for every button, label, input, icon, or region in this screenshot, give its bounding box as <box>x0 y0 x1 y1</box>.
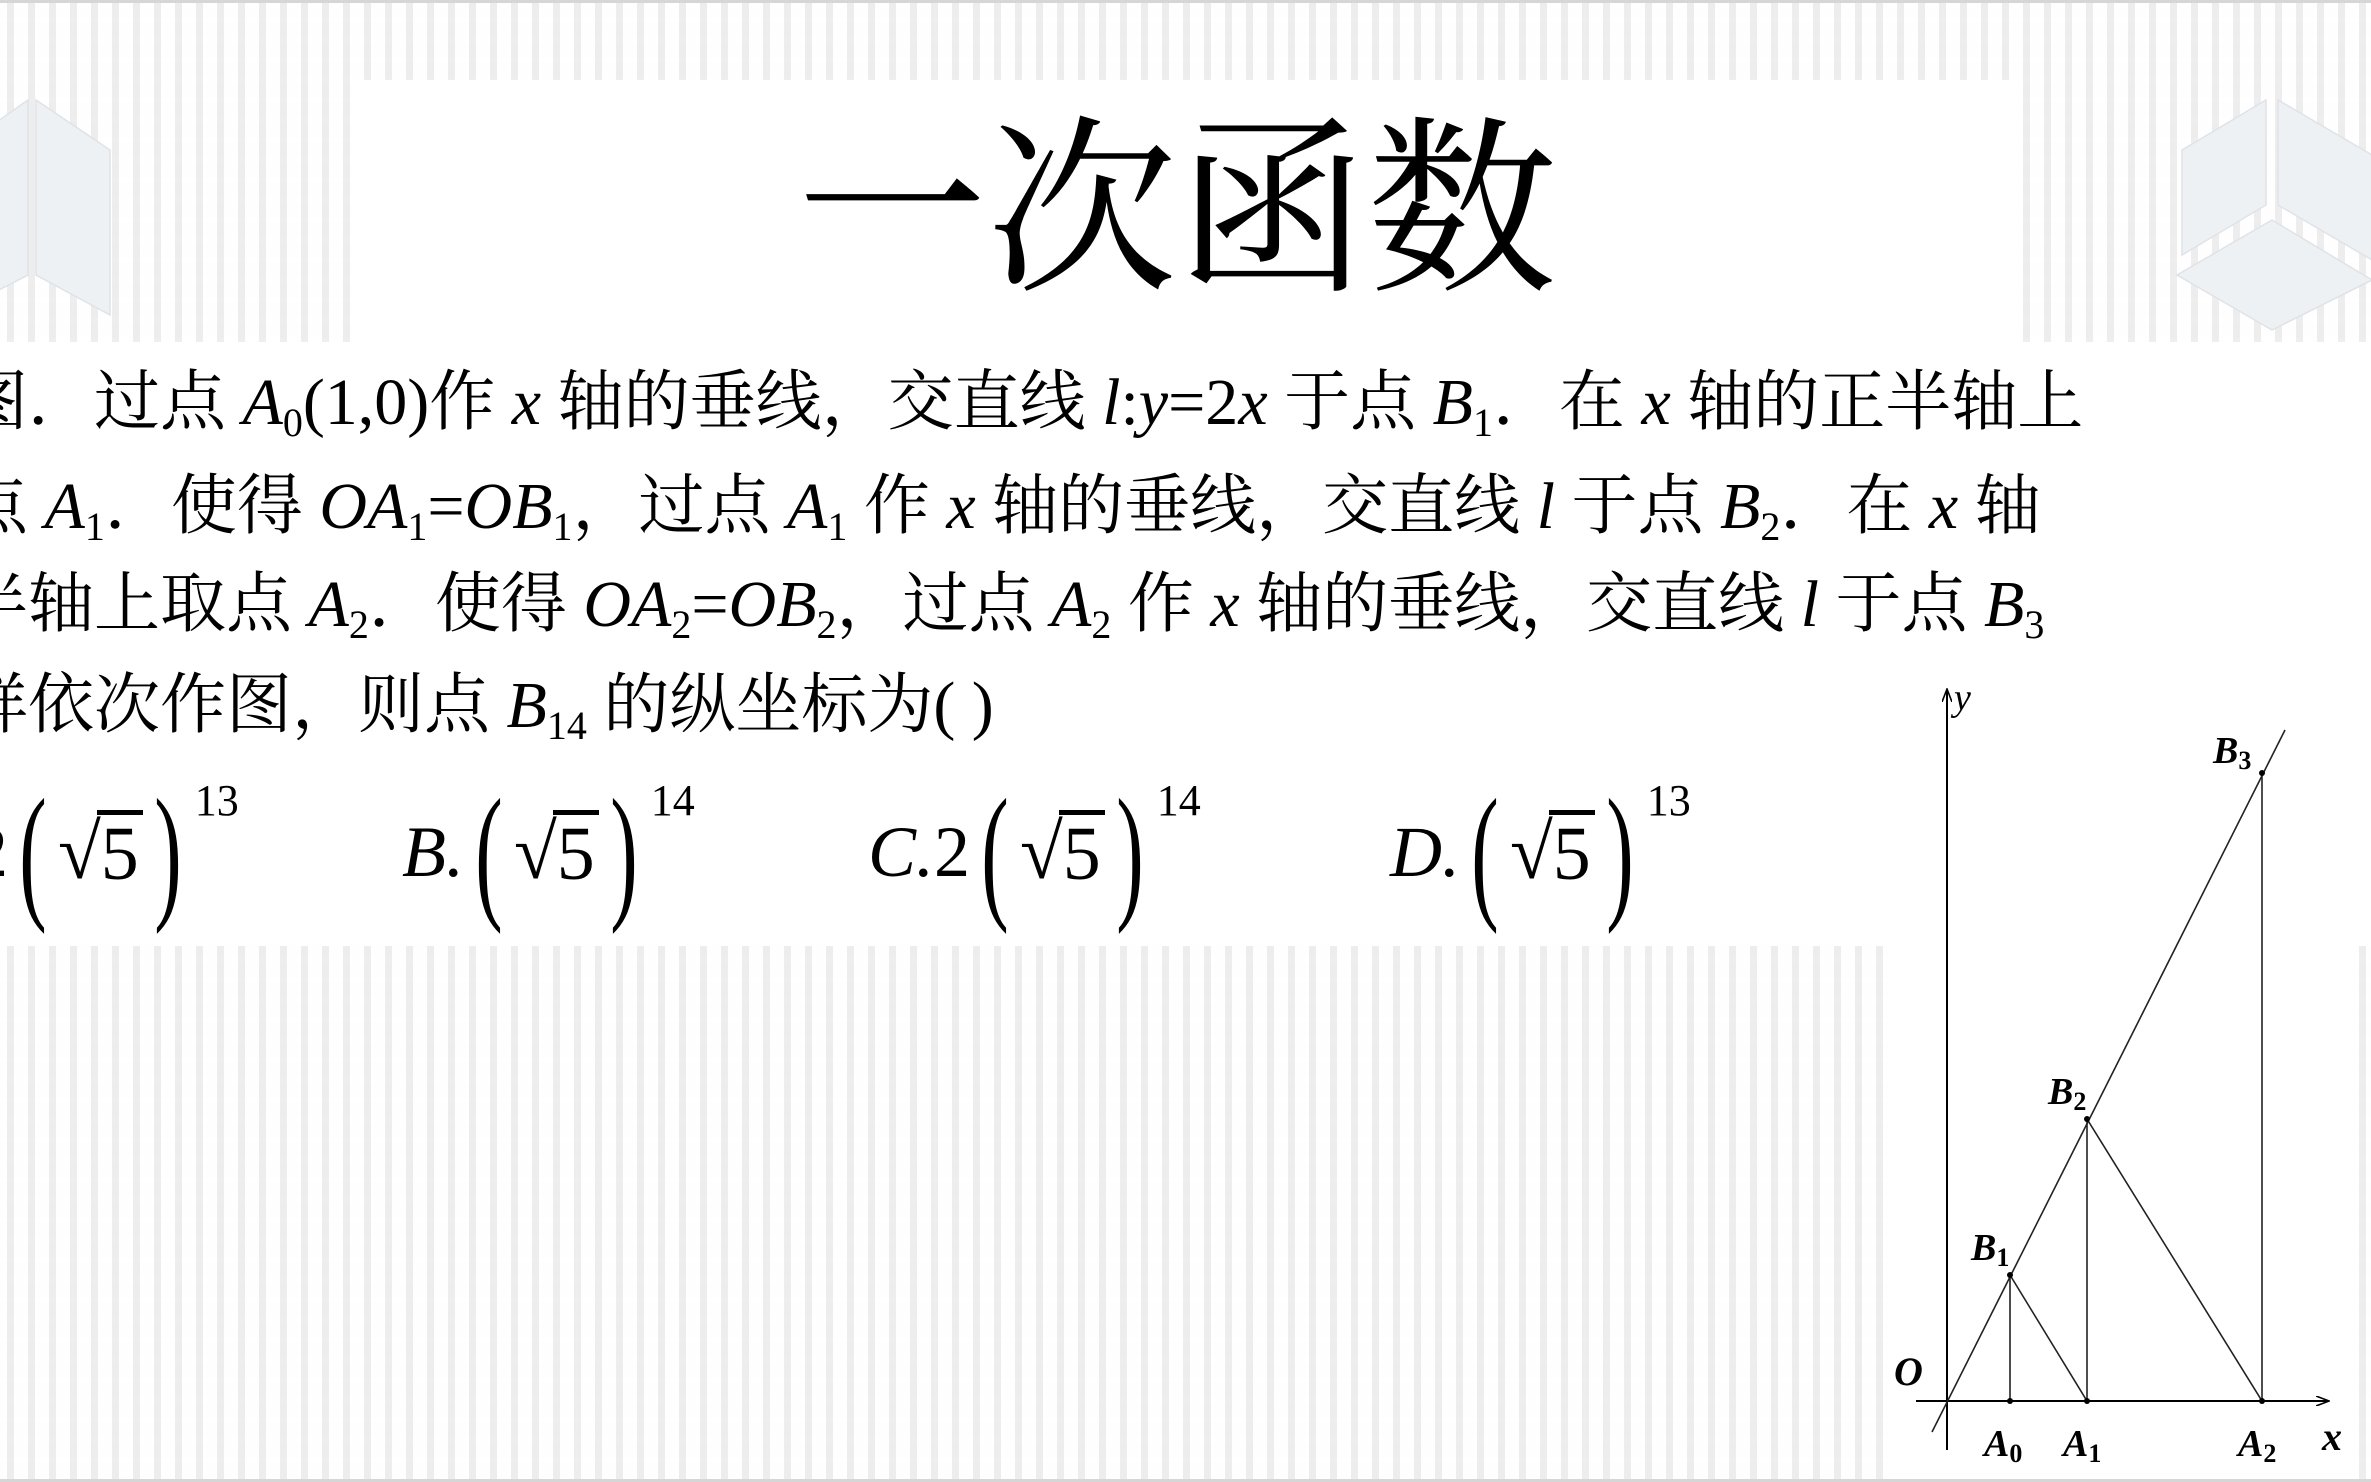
option-letter: D. <box>1390 811 1460 894</box>
subscript: 0 <box>283 400 303 445</box>
point-label-B3: B3 <box>2212 730 2251 775</box>
slide-title: 一次函数 <box>797 116 1557 306</box>
option-d[interactable]: D. ( √ 5 ) 13 <box>1390 772 1691 932</box>
y-axis-label: y <box>1950 677 1971 719</box>
math-variable: x <box>512 366 541 439</box>
subscript: 1 <box>553 504 573 549</box>
title-panel: 一次函数 <box>352 80 2022 342</box>
math-variable: A <box>1051 568 1091 641</box>
math-variable: B <box>1720 470 1760 543</box>
question-text: (1,0)作 <box>303 366 512 439</box>
question-text: 作 <box>847 470 946 543</box>
question-text: 图．过点 <box>0 366 243 439</box>
question-text: 点 <box>0 470 45 543</box>
coordinate-diagram: y x O A0 A1 A2 B1 B2 B3 <box>1888 660 2358 1480</box>
math-variable: OB <box>465 470 553 543</box>
question-line: 点 A1．使得 OA1=OB1，过点 A1 作 x 轴的垂线，交直线 l 于点 … <box>0 474 2041 547</box>
exponent: 14 <box>1157 775 1201 826</box>
close-paren: ) <box>1606 777 1633 927</box>
question-text: 的纵坐标为( ) <box>587 669 994 742</box>
x-axis-label: x <box>2321 1414 2342 1459</box>
radicand: 5 <box>97 810 143 895</box>
question-text: ．使得 <box>105 470 320 543</box>
math-variable: A <box>309 568 349 641</box>
subscript: 3 <box>2024 602 2044 647</box>
subscript: 14 <box>547 703 587 748</box>
radicand: 5 <box>1059 810 1105 895</box>
subscript: 1 <box>1473 400 1493 445</box>
math-variable: x <box>1238 366 1267 439</box>
subscript: 2 <box>817 602 837 647</box>
question-text: 轴的垂线，交直线 <box>1240 568 1801 641</box>
option-coefficient: 2 <box>0 811 8 894</box>
geometry-figure: y x O A0 A1 A2 B1 B2 B3 <box>1888 660 2358 1480</box>
sqrt-symbol: √ <box>58 807 101 897</box>
close-paren: ) <box>154 777 181 927</box>
radicand: 5 <box>553 810 599 895</box>
question-text: : <box>1120 366 1138 439</box>
math-variable: x <box>946 470 975 543</box>
top-border <box>0 0 2371 3</box>
question-text: 于点 <box>1555 470 1720 543</box>
math-variable: l <box>1102 366 1120 439</box>
option-letter: C. <box>868 811 934 894</box>
exponent: 13 <box>195 775 239 826</box>
math-variable: B <box>1433 366 1473 439</box>
math-variable: A <box>787 470 827 543</box>
math-variable: x <box>1641 366 1670 439</box>
subscript: 1 <box>85 504 105 549</box>
math-variable: OA <box>583 568 671 641</box>
question-text: ，过点 <box>573 470 788 543</box>
close-paren: ) <box>1116 777 1143 927</box>
origin-label: O <box>1894 1349 1923 1394</box>
question-text: ．在 <box>1780 470 1929 543</box>
open-paren: ( <box>19 777 46 927</box>
subscript: 2 <box>1760 504 1780 549</box>
subscript: 2 <box>1091 602 1111 647</box>
question-text: 于点 <box>1819 568 1984 641</box>
sqrt-symbol: √ <box>1510 807 1553 897</box>
math-variable: l <box>1801 568 1819 641</box>
option-b[interactable]: B. ( √ 5 ) 14 <box>402 772 695 932</box>
math-variable: l <box>1537 470 1555 543</box>
math-variable: x <box>1929 470 1958 543</box>
question-text: = <box>427 470 464 543</box>
subscript: 1 <box>407 504 427 549</box>
segment-B1A1 <box>2010 1275 2087 1401</box>
sqrt-symbol: √ <box>1020 807 1063 897</box>
open-paren: ( <box>981 777 1008 927</box>
exponent: 13 <box>1647 775 1691 826</box>
line-l <box>1932 730 2285 1432</box>
question-text: 半轴上取点 <box>0 568 309 641</box>
subscript: 1 <box>827 504 847 549</box>
math-variable: y <box>1139 366 1168 439</box>
point-label-A0: A0 <box>1982 1423 2022 1468</box>
option-c[interactable]: C. 2 ( √ 5 ) 14 <box>868 772 1201 932</box>
question-text: =2 <box>1168 366 1238 439</box>
math-variable: A <box>45 470 85 543</box>
question-text: 轴的正半轴上 <box>1671 366 2084 439</box>
math-variable: OB <box>729 568 817 641</box>
math-variable: x <box>1210 568 1239 641</box>
cube-logo-icon <box>2172 95 2371 335</box>
math-variable: B <box>1984 568 2024 641</box>
open-paren: ( <box>475 777 502 927</box>
math-variable: A <box>243 366 283 439</box>
option-letter: B. <box>402 811 464 894</box>
question-text: ．在 <box>1493 366 1642 439</box>
question-text: 轴 <box>1958 470 2041 543</box>
subscript: 2 <box>349 602 369 647</box>
question-line: 图．过点 A0(1,0)作 x 轴的垂线，交直线 l:y=2x 于点 B1．在 … <box>0 370 2083 443</box>
point-label-A1: A1 <box>2061 1423 2101 1468</box>
question-line: 样依次作图，则点 B14 的纵坐标为( ) <box>0 673 994 746</box>
math-variable: OA <box>319 470 407 543</box>
point-label-B1: B1 <box>1970 1227 2009 1272</box>
cube-logo-icon <box>0 95 130 335</box>
question-text: = <box>691 568 728 641</box>
question-text: 样依次作图，则点 <box>0 669 507 742</box>
close-paren: ) <box>610 777 637 927</box>
question-line: 半轴上取点 A2．使得 OA2=OB2，过点 A2 作 x 轴的垂线，交直线 l… <box>0 572 2044 645</box>
open-paren: ( <box>1471 777 1498 927</box>
question-text: 于点 <box>1268 366 1433 439</box>
segment-B2A2 <box>2087 1119 2262 1401</box>
exponent: 14 <box>651 775 695 826</box>
question-text: 轴的垂线，交直线 <box>541 366 1102 439</box>
point-label-B2: B2 <box>2047 1071 2086 1116</box>
sqrt-symbol: √ <box>514 807 557 897</box>
question-text: 轴的垂线，交直线 <box>976 470 1537 543</box>
option-a[interactable]: 2 ( √ 5 ) 13 <box>0 772 239 932</box>
math-variable: B <box>507 669 547 742</box>
subscript: 2 <box>671 602 691 647</box>
question-text: 作 <box>1111 568 1210 641</box>
radicand: 5 <box>1549 810 1595 895</box>
point-label-A2: A2 <box>2236 1423 2276 1468</box>
option-coefficient: 2 <box>934 811 970 894</box>
question-text: ．使得 <box>369 568 584 641</box>
question-text: ，过点 <box>837 568 1052 641</box>
